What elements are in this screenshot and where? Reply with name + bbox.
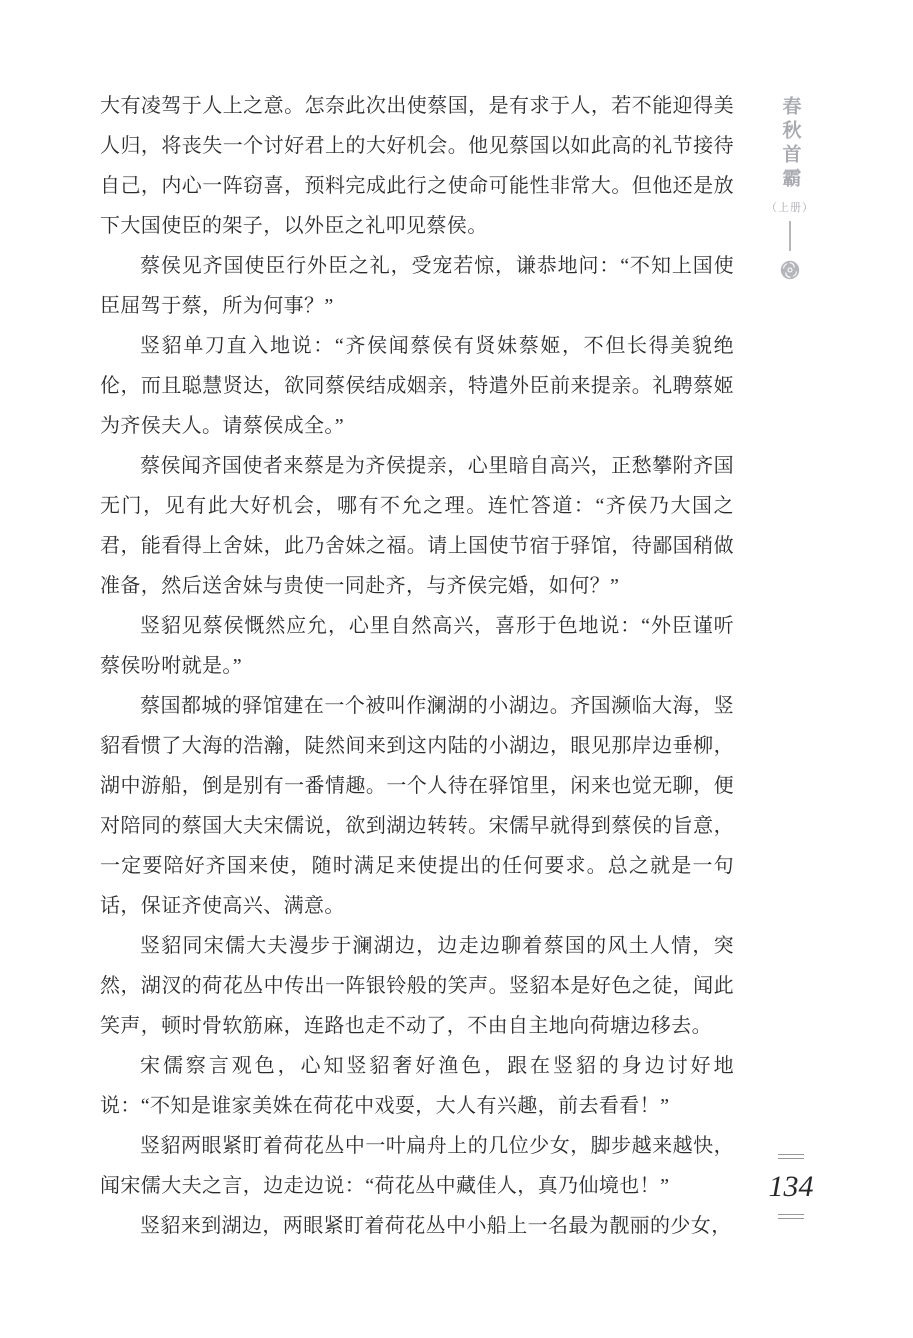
margin-title-strip: 春秋首霸 （上册）	[766, 96, 814, 285]
paragraph: 蔡侯见齐国使臣行外臣之礼，受宠若惊，谦恭地问：“不知上国使臣屈驾于蔡，所为何事？…	[100, 246, 734, 326]
paragraph: 竖貂单刀直入地说：“齐侯闻蔡侯有贤妹蔡姬，不但长得美貌绝伦，而且聪慧贤达，欲同蔡…	[100, 326, 734, 446]
divider-line	[789, 221, 791, 251]
page-number: 134	[769, 1169, 814, 1205]
seal-ornament-icon	[780, 260, 800, 285]
book-title: 春秋首霸	[781, 96, 800, 192]
body-text: 大有凌驾于人上之意。怎奈此次出使蔡国，是有求于人，若不能迎得美人归，将丧失一个讨…	[100, 86, 734, 1246]
paragraph: 竖貂两眼紧盯着荷花丛中一叶扁舟上的几位少女，脚步越来越快，闻宋儒大夫之言，边走边…	[100, 1126, 734, 1206]
paragraph: 宋儒察言观色，心知竖貂奢好渔色，跟在竖貂的身边讨好地说：“不知是谁家美姝在荷花中…	[100, 1046, 734, 1126]
page-number-block: 134	[768, 1154, 814, 1219]
double-rule-bottom	[778, 1214, 804, 1219]
paragraph: 蔡侯闻齐国使者来蔡是为齐侯提亲，心里暗自高兴，正愁攀附齐国无门，见有此大好机会，…	[100, 446, 734, 606]
paragraph: 竖貂见蔡侯慨然应允，心里自然高兴，喜形于色地说：“外臣谨听蔡侯吩咐就是。”	[100, 606, 734, 686]
paragraph: 竖貂同宋儒大夫漫步于澜湖边，边走边聊着蔡国的风土人情，突然，湖汊的荷花丛中传出一…	[100, 926, 734, 1046]
paragraph: 蔡国都城的驿馆建在一个被叫作澜湖的小湖边。齐国濒临大海，竖貂看惯了大海的浩瀚，陡…	[100, 686, 734, 926]
book-page: 大有凌驾于人上之意。怎奈此次出使蔡国，是有求于人，若不能迎得美人归，将丧失一个讨…	[0, 0, 913, 1338]
volume-label: （上册）	[766, 199, 814, 215]
double-rule-top	[778, 1154, 804, 1159]
paragraph: 竖貂来到湖边，两眼紧盯着荷花丛中小船上一名最为靓丽的少女，	[100, 1206, 734, 1246]
paragraph: 大有凌驾于人上之意。怎奈此次出使蔡国，是有求于人，若不能迎得美人归，将丧失一个讨…	[100, 86, 734, 246]
